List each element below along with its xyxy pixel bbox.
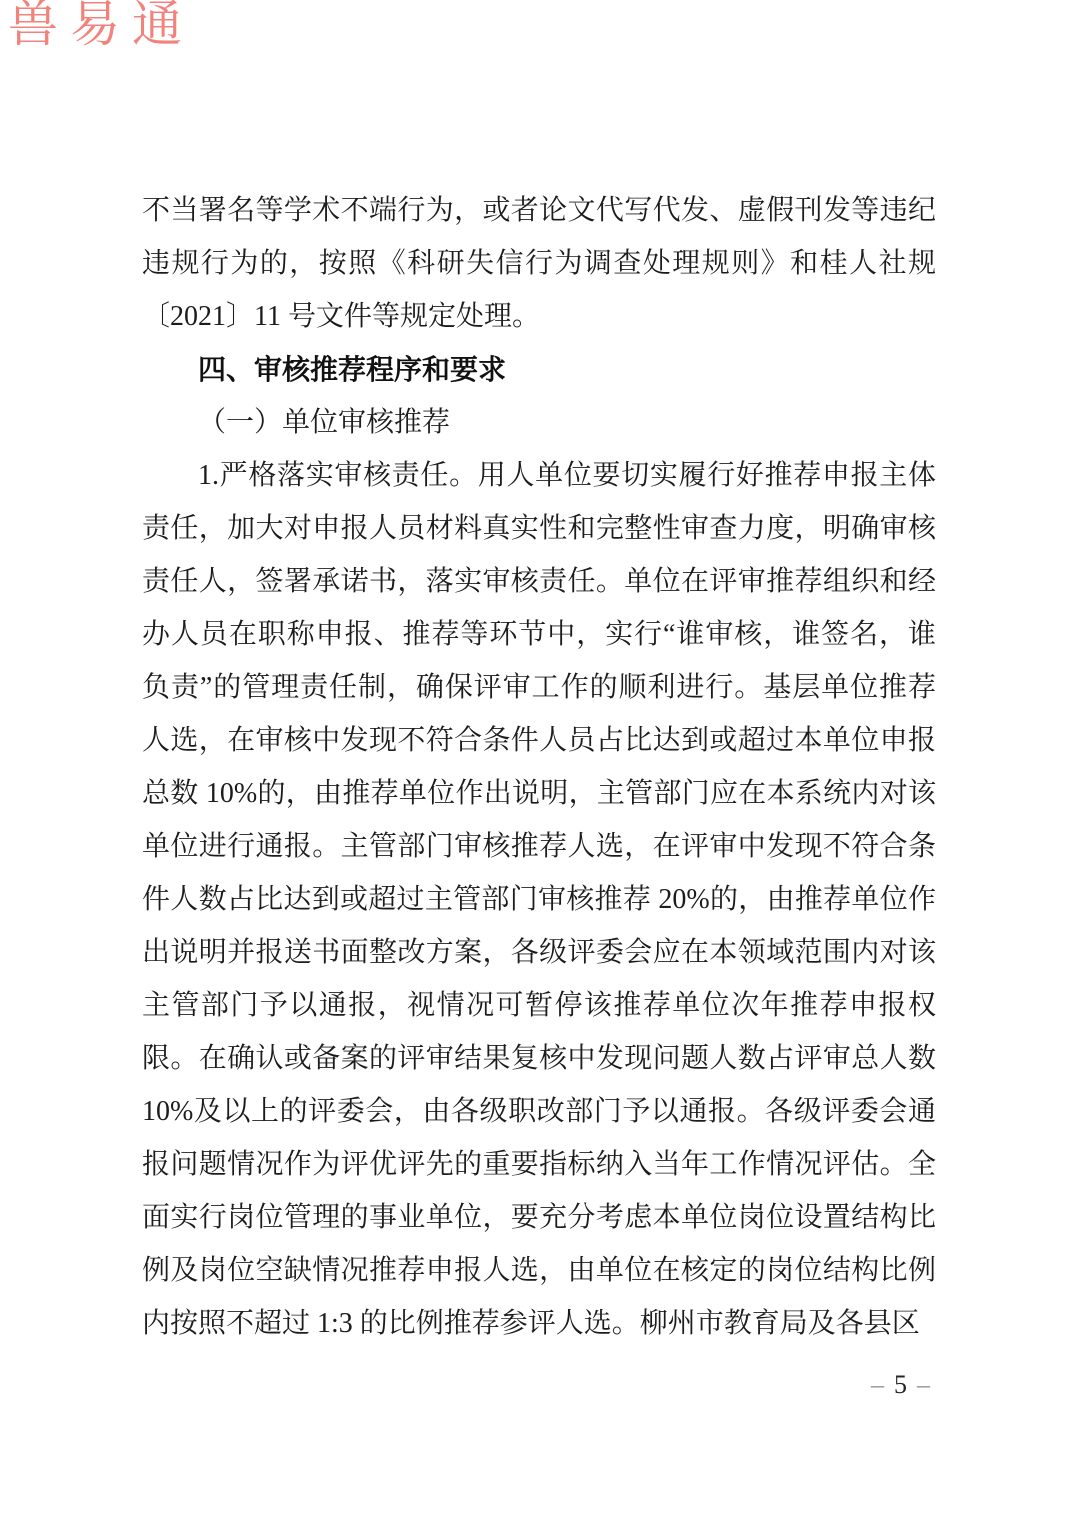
page-number-dash-left: –	[861, 1370, 894, 1399]
paragraph-continuation: 不当署名等学术不端行为，或者论文代写代发、虚假刊发等违纪违规行为的，按照《科研失…	[142, 184, 936, 343]
page-footer: –5–	[861, 1368, 940, 1402]
watermark-text: 兽易通	[8, 0, 194, 54]
section-heading: 四、审核推荐程序和要求	[142, 343, 936, 396]
document-page: 兽易通 不当署名等学术不端行为，或者论文代写代发、虚假刊发等违纪违规行为的，按照…	[0, 0, 1074, 1520]
subsection-heading: （一）单位审核推荐	[142, 396, 936, 449]
page-number-dash-right: –	[907, 1370, 940, 1399]
paragraph-main: 1.严格落实审核责任。用人单位要切实履行好推荐申报主体责任，加大对申报人员材料真…	[142, 449, 936, 1350]
page-number: 5	[894, 1370, 907, 1399]
document-body: 不当署名等学术不端行为，或者论文代写代发、虚假刊发等违纪违规行为的，按照《科研失…	[142, 184, 936, 1350]
